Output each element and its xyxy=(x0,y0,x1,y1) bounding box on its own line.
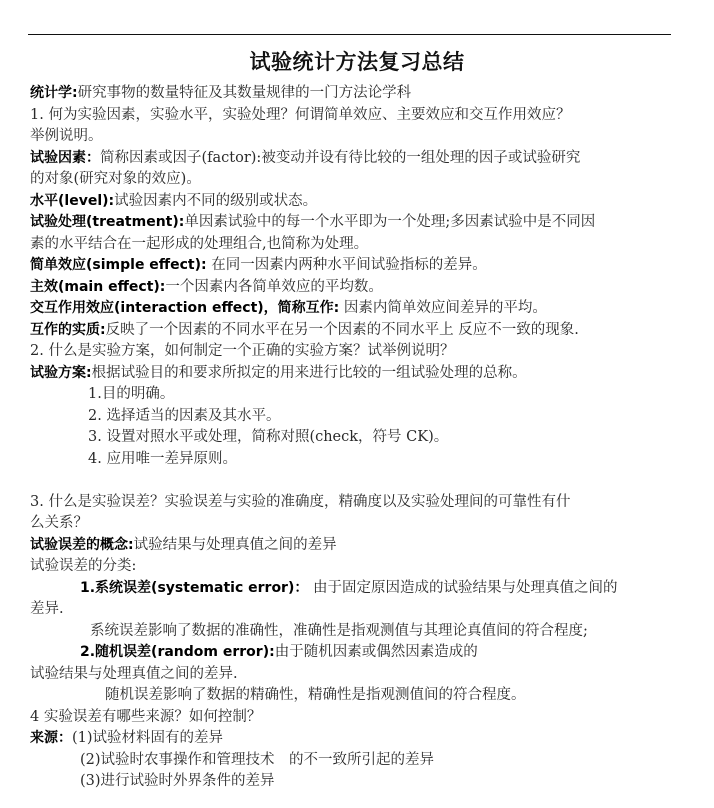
level-definition: 水平(level):试验因素内不同的级别或状态。 xyxy=(30,191,670,213)
definition-text: 简称因素或因子(factor):被变动并设有待比较的一组处理的因子或试验研究 xyxy=(100,150,580,166)
definition-text: 在同一因素内两种水平间试验指标的差异。 xyxy=(207,257,487,273)
definition-text: 试验结果与处理真值之间的差异 xyxy=(134,537,337,553)
spacer xyxy=(30,470,670,492)
systematic-error-note: 系统误差影响了数据的准确性，准确性是指观测值与其理论真值间的符合程度; xyxy=(30,621,670,643)
document-title: 试验统计方法复习总结 xyxy=(0,46,714,76)
error-classes-label: 试验误差的分类: xyxy=(30,556,670,578)
definition-text: 根据试验目的和要求所拟定的用来进行比较的一组试验处理的总称。 xyxy=(92,365,527,381)
question-1-line-2: 举例说明。 xyxy=(30,126,670,148)
term-label: 主效(main effect): xyxy=(30,279,165,295)
definition-text: 单因素试验中的每一个水平即为一个处理;多因素试验中是不同因 xyxy=(184,214,595,230)
term-label: 交互作用效应(interaction effect)，简称互作: xyxy=(30,300,339,316)
error-concept: 试验误差的概念:试验结果与处理真值之间的差异 xyxy=(30,535,670,557)
question-2: 2. 什么是实验方案，如何制定一个正确的实验方案？试举例说明？ xyxy=(30,341,670,363)
question-4: 4 实验误差有哪些来源？如何控制？ xyxy=(30,707,670,729)
term-label: 试验误差的概念: xyxy=(30,537,134,553)
definition-text: 由于随机因素或偶然因素造成的 xyxy=(275,644,478,660)
main-effect-definition: 主效(main effect):一个因素内各简单效应的平均数。 xyxy=(30,277,670,299)
simple-effect-definition: 简单效应(simple effect): 在同一因素内两种水平间试验指标的差异。 xyxy=(30,255,670,277)
sources-item-2: (2)试验时农事操作和管理技术 的不一致所引起的差异 xyxy=(30,750,670,772)
definition-text: 因素内简单效应间差异的平均。 xyxy=(339,300,547,316)
term-label: 试验方案: xyxy=(30,365,92,381)
question-1-line-1: 1. 何为实验因素，实验水平，实验处理？何谓简单效应、主要效应和交互作用效应？ xyxy=(30,105,670,127)
term-label: 水平(level): xyxy=(30,193,114,209)
statistics-definition: 统计学:研究事物的数量特征及其数量规律的一门方法论学科 xyxy=(30,83,670,105)
definition-text: 一个因素内各简单效应的平均数。 xyxy=(165,279,383,295)
definition-text: 反映了一个因素的不同水平在另一个因素的不同水平上 反应不一致的现象. xyxy=(106,322,579,338)
document-page: 试验统计方法复习总结 统计学:研究事物的数量特征及其数量规律的一门方法论学科 1… xyxy=(0,0,714,808)
factor-definition-cont: 的对象(研究对象的效应)。 xyxy=(30,169,670,191)
term-label: 来源： xyxy=(30,730,72,746)
sources-item-3: (3)进行试验时外界条件的差异 xyxy=(30,771,670,793)
treatment-definition-cont: 素的水平结合在一起形成的处理组合,也简称为处理。 xyxy=(30,234,670,256)
source-text: (1)试验材料固有的差异 xyxy=(72,730,223,746)
scheme-item-2: 2. 选择适当的因素及其水平。 xyxy=(30,406,670,428)
term-label: 2.随机误差(random error): xyxy=(80,644,275,660)
question-3-line-1: 3. 什么是实验误差？实验误差与实验的准确度，精确度以及实验处理间的可靠性有什 xyxy=(30,492,670,514)
random-error-cont: 试验结果与处理真值之间的差异. xyxy=(30,664,670,686)
header-rule xyxy=(28,34,671,35)
term-label: 统计学: xyxy=(30,85,78,101)
scheme-item-1: 1.目的明确。 xyxy=(30,384,670,406)
scheme-item-3: 3. 设置对照水平或处理，简称对照(check，符号 CK)。 xyxy=(30,427,670,449)
term-label: 互作的实质: xyxy=(30,322,106,338)
question-3-line-2: 么关系？ xyxy=(30,513,670,535)
scheme-item-4: 4. 应用唯一差异原则。 xyxy=(30,449,670,471)
definition-text: 试验因素内不同的级别或状态。 xyxy=(114,193,317,209)
systematic-error-definition: 1.系统误差(systematic error)： 由于固定原因造成的试验结果与… xyxy=(30,578,670,600)
term-label: 试验处理(treatment): xyxy=(30,214,184,230)
definition-text: 研究事物的数量特征及其数量规律的一门方法论学科 xyxy=(78,85,412,101)
systematic-error-cont: 差异. xyxy=(30,599,670,621)
term-label: 1.系统误差(systematic error)： xyxy=(80,580,308,596)
sources-item-1: 来源：(1)试验材料固有的差异 xyxy=(30,728,670,750)
document-body: 统计学:研究事物的数量特征及其数量规律的一门方法论学科 1. 何为实验因素，实验… xyxy=(30,83,670,793)
definition-text: 由于固定原因造成的试验结果与处理真值之间的 xyxy=(308,580,617,596)
treatment-definition: 试验处理(treatment):单因素试验中的每一个水平即为一个处理;多因素试验… xyxy=(30,212,670,234)
term-label: 简单效应(simple effect): xyxy=(30,257,207,273)
interaction-essence: 互作的实质:反映了一个因素的不同水平在另一个因素的不同水平上 反应不一致的现象. xyxy=(30,320,670,342)
random-error-note: 随机误差影响了数据的精确性，精确性是指观测值间的符合程度。 xyxy=(30,685,670,707)
term-label: 试验因素： xyxy=(30,150,100,166)
factor-definition: 试验因素：简称因素或因子(factor):被变动并设有待比较的一组处理的因子或试… xyxy=(30,148,670,170)
interaction-definition: 交互作用效应(interaction effect)，简称互作: 因素内简单效应… xyxy=(30,298,670,320)
scheme-definition: 试验方案:根据试验目的和要求所拟定的用来进行比较的一组试验处理的总称。 xyxy=(30,363,670,385)
random-error-definition: 2.随机误差(random error):由于随机因素或偶然因素造成的 xyxy=(30,642,670,664)
